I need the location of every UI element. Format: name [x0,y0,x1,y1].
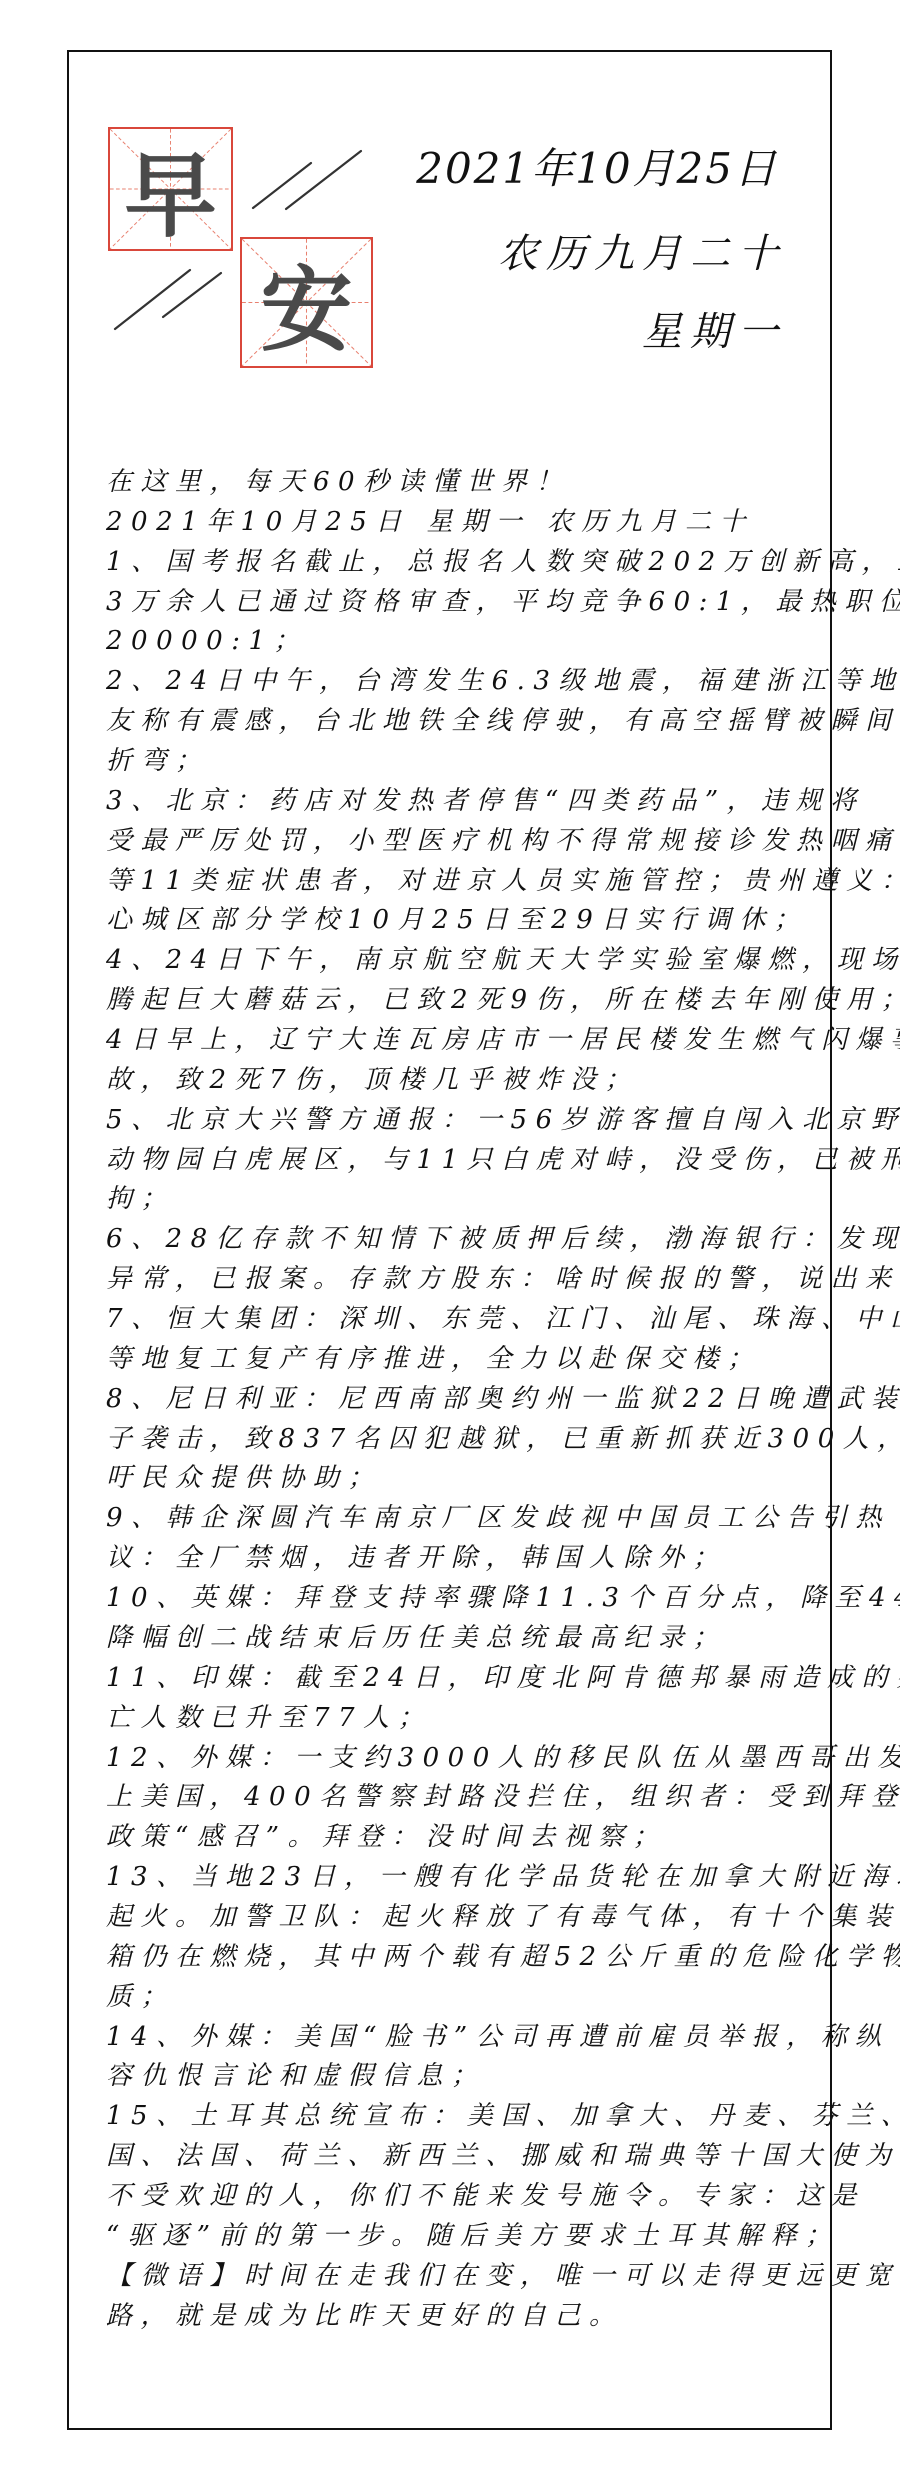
body-line: “驱逐”前的第一步。随后美方要求土耳其解释； [106,2217,826,2257]
body-line: 腾起巨大蘑菇云，已致2死9伤，所在楼去年刚使用；2 [106,981,826,1021]
body-line: 亡人数已升至77人； [106,1699,826,1739]
greeting-char-box-an: 安 [240,237,373,368]
body-line: 起火。加警卫队：起火释放了有毒气体，有十个集装 [106,1898,826,1938]
lunar-date: 农历九月二十 [498,222,786,279]
weekday: 星期一 [642,300,786,357]
body-line: 7、恒大集团：深圳、东莞、江门、汕尾、珠海、中山 [106,1300,826,1340]
gregorian-date: 2021年10月25日 [416,136,778,196]
body-line: 国、法国、荷兰、新西兰、挪威和瑞典等十国大使为 [106,2137,826,2177]
body-line: 动物园白虎展区，与11只白虎对峙，没受伤，已被刑 [106,1141,826,1181]
body-line: 14、外媒：美国“脸书”公司再遭前雇员举报，称纵 [106,2018,826,2058]
body-line: 3万余人已通过资格审查，平均竞争60:1，最热职位超 [106,583,826,623]
body-line: 容仇恨言论和虚假信息； [106,2057,826,2097]
closing-quote-line: 【微语】时间在走我们在变，唯一可以走得更远更宽的 [106,2257,826,2297]
body-line: 20000:1； [106,622,826,662]
body-line: 异常，已报案。存款方股东：啥时候报的警，说出来； [106,1260,826,1300]
greeting-char-zao: 早 [110,129,231,249]
closing-quote-line: 路，就是成为比昨天更好的自己。 [106,2297,826,2337]
body-line: 质； [106,1978,826,2018]
body-line: 10、英媒：拜登支持率骤降11.3个百分点，降至44.7%， [106,1579,826,1619]
body-line: 等11类症状患者，对进京人员实施管控；贵州遵义：中 [106,862,826,902]
body-line: 子袭击，致837名囚犯越狱，已重新抓获近300人，呼 [106,1420,826,1460]
body-line: 13、当地23日，一艘有化学品货轮在加拿大附近海域 [106,1858,826,1898]
body-line: 不受欢迎的人，你们不能来发号施令。专家：这是 [106,2177,826,2217]
body-line: 等地复工复产有序推进，全力以赴保交楼； [106,1340,826,1380]
body-line: 6、28亿存款不知情下被质押后续，渤海银行：发现 [106,1220,826,1260]
body-line: 1、国考报名截止，总报名人数突破202万创新高，18 [106,543,826,583]
body-line: 心城区部分学校10月25日至29日实行调休； [106,901,826,941]
body-line: 8、尼日利亚：尼西南部奥约州一监狱22日晚遭武装分 [106,1380,826,1420]
body-line: 4、24日下午，南京航空航天大学实验室爆燃，现场 [106,941,826,981]
greeting-char-an: 安 [242,239,371,366]
body-line: 上美国，400名警察封路没拦住，组织者：受到拜登 [106,1778,826,1818]
body-line: 折弯； [106,742,826,782]
body-line: 9、韩企深圆汽车南京厂区发歧视中国员工公告引热 [106,1499,826,1539]
body-line: 4日早上，辽宁大连瓦房店市一居民楼发生燃气闪爆事 [106,1021,826,1061]
body-line: 友称有震感，台北地铁全线停驶，有高空摇臂被瞬间 [106,702,826,742]
body-line: 故，致2死7伤，顶楼几乎被炸没； [106,1061,826,1101]
body-line: 箱仍在燃烧，其中两个载有超52公斤重的危险化学物 [106,1938,826,1978]
body-line: 11、印媒：截至24日，印度北阿肯德邦暴雨造成的死 [106,1659,826,1699]
body-line: 2、24日中午，台湾发生6.3级地震，福建浙江等地网 [106,662,826,702]
body-line: 拘； [106,1180,826,1220]
body-line: 降幅创二战结束后历任美总统最高纪录； [106,1619,826,1659]
body-line: 在这里，每天60秒读懂世界！ [106,463,826,503]
body-line: 议：全厂禁烟，违者开除，韩国人除外； [106,1539,826,1579]
body-line: 12、外媒：一支约3000人的移民队伍从墨西哥出发北 [106,1739,826,1779]
body-line: 15、土耳其总统宣布：美国、加拿大、丹麦、芬兰、德 [106,2097,826,2137]
body-line: 2021年10月25日 星期一 农历九月二十 [106,503,826,543]
body-line: 5、北京大兴警方通报：一56岁游客擅自闯入北京野生 [106,1101,826,1141]
body-line: 吁民众提供协助； [106,1459,826,1499]
news-body: 在这里，每天60秒读懂世界！ 2021年10月25日 星期一 农历九月二十 1、… [106,463,826,2336]
body-line: 政策“感召”。拜登：没时间去视察； [106,1818,826,1858]
body-line: 3、北京：药店对发热者停售“四类药品”，违规将 [106,782,826,822]
greeting-char-box-zao: 早 [108,127,233,251]
body-line: 受最严厉处罚，小型医疗机构不得常规接诊发热咽痛 [106,822,826,862]
